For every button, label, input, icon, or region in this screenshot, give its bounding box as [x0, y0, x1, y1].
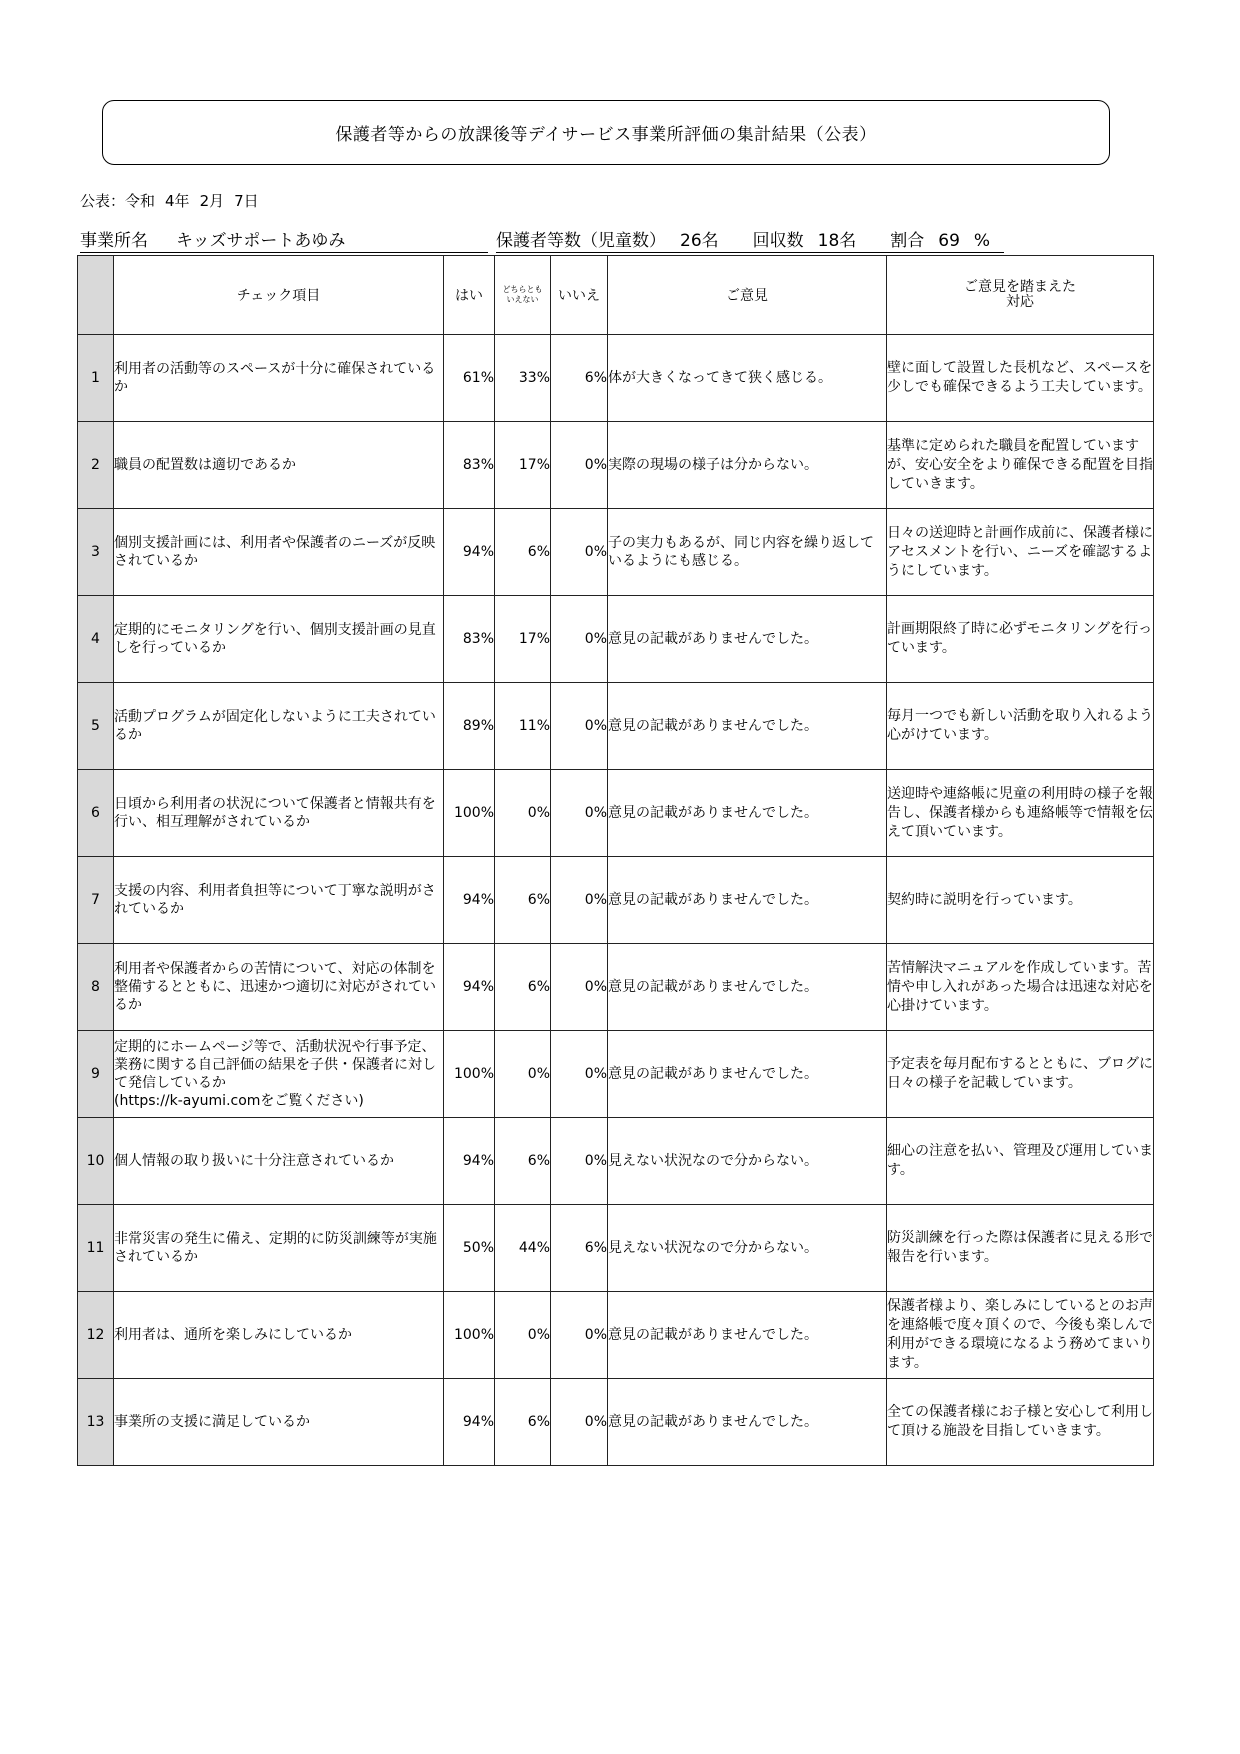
header-neither-line2: いえない — [495, 295, 550, 305]
publish-month: 2月 — [200, 192, 225, 210]
opinion: 実際の現場の様子は分からない。 — [608, 422, 887, 509]
table-row: 10 個人情報の取り扱いに十分注意されているか 94% 6% 0% 見えない状況… — [78, 1118, 1154, 1205]
opinion: 意見の記載がありませんでした。 — [608, 944, 887, 1031]
row-number: 10 — [78, 1118, 114, 1205]
publish-day: 7日 — [234, 192, 259, 210]
no-percent: 0% — [551, 1031, 608, 1118]
header-check-item: チェック項目 — [114, 256, 444, 335]
response: 予定表を毎月配布するとともに、ブログに日々の様子を記載しています。 — [887, 1031, 1154, 1118]
check-item: 利用者や保護者からの苦情について、対応の体制を整備するとともに、迅速かつ適切に対… — [114, 944, 444, 1031]
no-percent: 6% — [551, 335, 608, 422]
collected-count: 18名 — [818, 231, 857, 251]
opinion: 意見の記載がありませんでした。 — [608, 1292, 887, 1379]
row-number: 12 — [78, 1292, 114, 1379]
check-item: 活動プログラムが固定化しないように工夫されているか — [114, 683, 444, 770]
yes-percent: 100% — [444, 770, 495, 857]
neither-percent: 0% — [495, 1031, 551, 1118]
yes-percent: 83% — [444, 422, 495, 509]
response: 苦情解決マニュアルを作成しています。苦情や申し入れがあった場合は迅速な対応を心掛… — [887, 944, 1154, 1031]
evaluation-table: チェック項目 はい どちらとも いえない いいえ ご意見 ご意見を踏まえた 対応… — [77, 255, 1154, 1466]
row-number: 13 — [78, 1379, 114, 1466]
yes-percent: 50% — [444, 1205, 495, 1292]
neither-percent: 11% — [495, 683, 551, 770]
row-number: 2 — [78, 422, 114, 509]
neither-percent: 33% — [495, 335, 551, 422]
opinion: 子の実力もあるが、同じ内容を繰り返しているようにも感じる。 — [608, 509, 887, 596]
table-row: 11 非常災害の発生に備え、定期的に防災訓練等が実施されているか 50% 44%… — [78, 1205, 1154, 1292]
check-item: 利用者は、通所を楽しみにしているか — [114, 1292, 444, 1379]
header-yes: はい — [444, 256, 495, 335]
response: 細心の注意を払い、管理及び運用しています。 — [887, 1118, 1154, 1205]
yes-percent: 94% — [444, 509, 495, 596]
table-row: 5 活動プログラムが固定化しないように工夫されているか 89% 11% 0% 意… — [78, 683, 1154, 770]
opinion: 意見の記載がありませんでした。 — [608, 770, 887, 857]
neither-percent: 6% — [495, 1118, 551, 1205]
neither-percent: 0% — [495, 770, 551, 857]
opinion: 意見の記載がありませんでした。 — [608, 596, 887, 683]
yes-percent: 94% — [444, 1118, 495, 1205]
opinion: 意見の記載がありませんでした。 — [608, 683, 887, 770]
collected-label: 回収数 — [753, 231, 804, 251]
neither-percent: 6% — [495, 857, 551, 944]
row-number: 1 — [78, 335, 114, 422]
response: 保護者様より、楽しみにしているとのお声を連絡帳で度々頂くので、今後も楽しんで利用… — [887, 1292, 1154, 1379]
response: 防災訓練を行った際は保護者に見える形で報告を行います。 — [887, 1205, 1154, 1292]
check-item: 日頃から利用者の状況について保護者と情報共有を行い、相互理解がされているか — [114, 770, 444, 857]
check-item: 支援の内容、利用者負担等について丁寧な説明がされているか — [114, 857, 444, 944]
check-item: 定期的にホームページ等で、活動状況や行事予定、業務に関する自己評価の結果を子供・… — [114, 1031, 444, 1118]
no-percent: 0% — [551, 857, 608, 944]
opinion: 見えない状況なので分からない。 — [608, 1205, 887, 1292]
no-percent: 0% — [551, 1292, 608, 1379]
table-row: 9 定期的にホームページ等で、活動状況や行事予定、業務に関する自己評価の結果を子… — [78, 1031, 1154, 1118]
opinion: 意見の記載がありませんでした。 — [608, 1031, 887, 1118]
response: 計画期限終了時に必ずモニタリングを行っています。 — [887, 596, 1154, 683]
ratio-label: 割合 — [890, 231, 924, 251]
publish-date: 公表：令和4年2月7日 — [80, 190, 269, 211]
no-percent: 0% — [551, 596, 608, 683]
header-opinion: ご意見 — [608, 256, 887, 335]
guardians-count: 26名 — [680, 231, 719, 251]
row-number: 8 — [78, 944, 114, 1031]
neither-percent: 6% — [495, 509, 551, 596]
survey-stats: 保護者等数（児童数）26名回収数18名割合69% — [496, 226, 1004, 253]
table-header-row: チェック項目 はい どちらとも いえない いいえ ご意見 ご意見を踏まえた 対応 — [78, 256, 1154, 335]
neither-percent: 44% — [495, 1205, 551, 1292]
row-number: 3 — [78, 509, 114, 596]
yes-percent: 100% — [444, 1031, 495, 1118]
ratio-unit: % — [974, 231, 990, 251]
response: 全ての保護者様にお子様と安心して利用して頂ける施設を目指していきます。 — [887, 1379, 1154, 1466]
check-item: 個人情報の取り扱いに十分注意されているか — [114, 1118, 444, 1205]
row-number: 9 — [78, 1031, 114, 1118]
header-number — [78, 256, 114, 335]
opinion: 意見の記載がありませんでした。 — [608, 1379, 887, 1466]
facility-info: 事業所名キッズサポートあゆみ保護者等数（児童数）26名回収数18名割合69% — [80, 226, 1004, 253]
guardians-label: 保護者等数（児童数） — [496, 231, 666, 251]
no-percent: 0% — [551, 422, 608, 509]
facility-label: 事業所名 — [80, 231, 148, 251]
check-item-text: 定期的にホームページ等で、活動状況や行事予定、業務に関する自己評価の結果を子供・… — [114, 1039, 436, 1091]
row-number: 11 — [78, 1205, 114, 1292]
table-row: 3 個別支援計画には、利用者や保護者のニーズが反映されているか 94% 6% 0… — [78, 509, 1154, 596]
table-row: 1 利用者の活動等のスペースが十分に確保されているか 61% 33% 6% 体が… — [78, 335, 1154, 422]
header-response-line2: 対応 — [1006, 294, 1034, 310]
response: 契約時に説明を行っています。 — [887, 857, 1154, 944]
publish-year: 4年 — [165, 192, 190, 210]
opinion: 体が大きくなってきて狭く感じる。 — [608, 335, 887, 422]
header-no: いいえ — [551, 256, 608, 335]
facility-name-field: 事業所名キッズサポートあゆみ — [80, 226, 488, 253]
publish-date-label: 公表：令和 — [80, 192, 155, 210]
page-title: 保護者等からの放課後等デイサービス事業所評価の集計結果（公表） — [335, 120, 876, 145]
row-number: 5 — [78, 683, 114, 770]
table-row: 2 職員の配置数は適切であるか 83% 17% 0% 実際の現場の様子は分からな… — [78, 422, 1154, 509]
response: 送迎時や連絡帳に児童の利用時の様子を報告し、保護者様からも連絡帳等で情報を伝えて… — [887, 770, 1154, 857]
response: 壁に面して設置した長机など、スペースを少しでも確保できるよう工夫しています。 — [887, 335, 1154, 422]
yes-percent: 100% — [444, 1292, 495, 1379]
table-row: 13 事業所の支援に満足しているか 94% 6% 0% 意見の記載がありませんで… — [78, 1379, 1154, 1466]
no-percent: 6% — [551, 1205, 608, 1292]
neither-percent: 0% — [495, 1292, 551, 1379]
neither-percent: 6% — [495, 944, 551, 1031]
no-percent: 0% — [551, 770, 608, 857]
yes-percent: 94% — [444, 857, 495, 944]
header-response-line1: ご意見を踏まえた — [964, 279, 1076, 295]
header-neither: どちらとも いえない — [495, 256, 551, 335]
check-item: 個別支援計画には、利用者や保護者のニーズが反映されているか — [114, 509, 444, 596]
check-item: 職員の配置数は適切であるか — [114, 422, 444, 509]
row-number: 7 — [78, 857, 114, 944]
neither-percent: 17% — [495, 596, 551, 683]
facility-name: キッズサポートあゆみ — [176, 231, 345, 251]
neither-percent: 17% — [495, 422, 551, 509]
check-item: 定期的にモニタリングを行い、個別支援計画の見直しを行っているか — [114, 596, 444, 683]
no-percent: 0% — [551, 1118, 608, 1205]
yes-percent: 94% — [444, 944, 495, 1031]
table-row: 7 支援の内容、利用者負担等について丁寧な説明がされているか 94% 6% 0%… — [78, 857, 1154, 944]
row-number: 4 — [78, 596, 114, 683]
table-row: 12 利用者は、通所を楽しみにしているか 100% 0% 0% 意見の記載があり… — [78, 1292, 1154, 1379]
no-percent: 0% — [551, 683, 608, 770]
header-response: ご意見を踏まえた 対応 — [887, 256, 1154, 335]
ratio-value: 69 — [938, 231, 960, 251]
yes-percent: 61% — [444, 335, 495, 422]
no-percent: 0% — [551, 1379, 608, 1466]
yes-percent: 83% — [444, 596, 495, 683]
response: 毎月一つでも新しい活動を取り入れるよう心がけています。 — [887, 683, 1154, 770]
website-note: (https://k-ayumi.comをご覧ください) — [114, 1093, 364, 1109]
no-percent: 0% — [551, 509, 608, 596]
table-row: 8 利用者や保護者からの苦情について、対応の体制を整備するとともに、迅速かつ適切… — [78, 944, 1154, 1031]
check-item: 利用者の活動等のスペースが十分に確保されているか — [114, 335, 444, 422]
opinion: 意見の記載がありませんでした。 — [608, 857, 887, 944]
title-box: 保護者等からの放課後等デイサービス事業所評価の集計結果（公表） — [102, 100, 1110, 165]
neither-percent: 6% — [495, 1379, 551, 1466]
check-item: 事業所の支援に満足しているか — [114, 1379, 444, 1466]
header-neither-line1: どちらとも — [495, 285, 550, 295]
row-number: 6 — [78, 770, 114, 857]
opinion: 見えない状況なので分からない。 — [608, 1118, 887, 1205]
yes-percent: 89% — [444, 683, 495, 770]
table-row: 4 定期的にモニタリングを行い、個別支援計画の見直しを行っているか 83% 17… — [78, 596, 1154, 683]
no-percent: 0% — [551, 944, 608, 1031]
check-item: 非常災害の発生に備え、定期的に防災訓練等が実施されているか — [114, 1205, 444, 1292]
yes-percent: 94% — [444, 1379, 495, 1466]
response: 基準に定められた職員を配置していますが、安心安全をより確保できる配置を目指してい… — [887, 422, 1154, 509]
table-row: 6 日頃から利用者の状況について保護者と情報共有を行い、相互理解がされているか … — [78, 770, 1154, 857]
response: 日々の送迎時と計画作成前に、保護者様にアセスメントを行い、ニーズを確認するように… — [887, 509, 1154, 596]
